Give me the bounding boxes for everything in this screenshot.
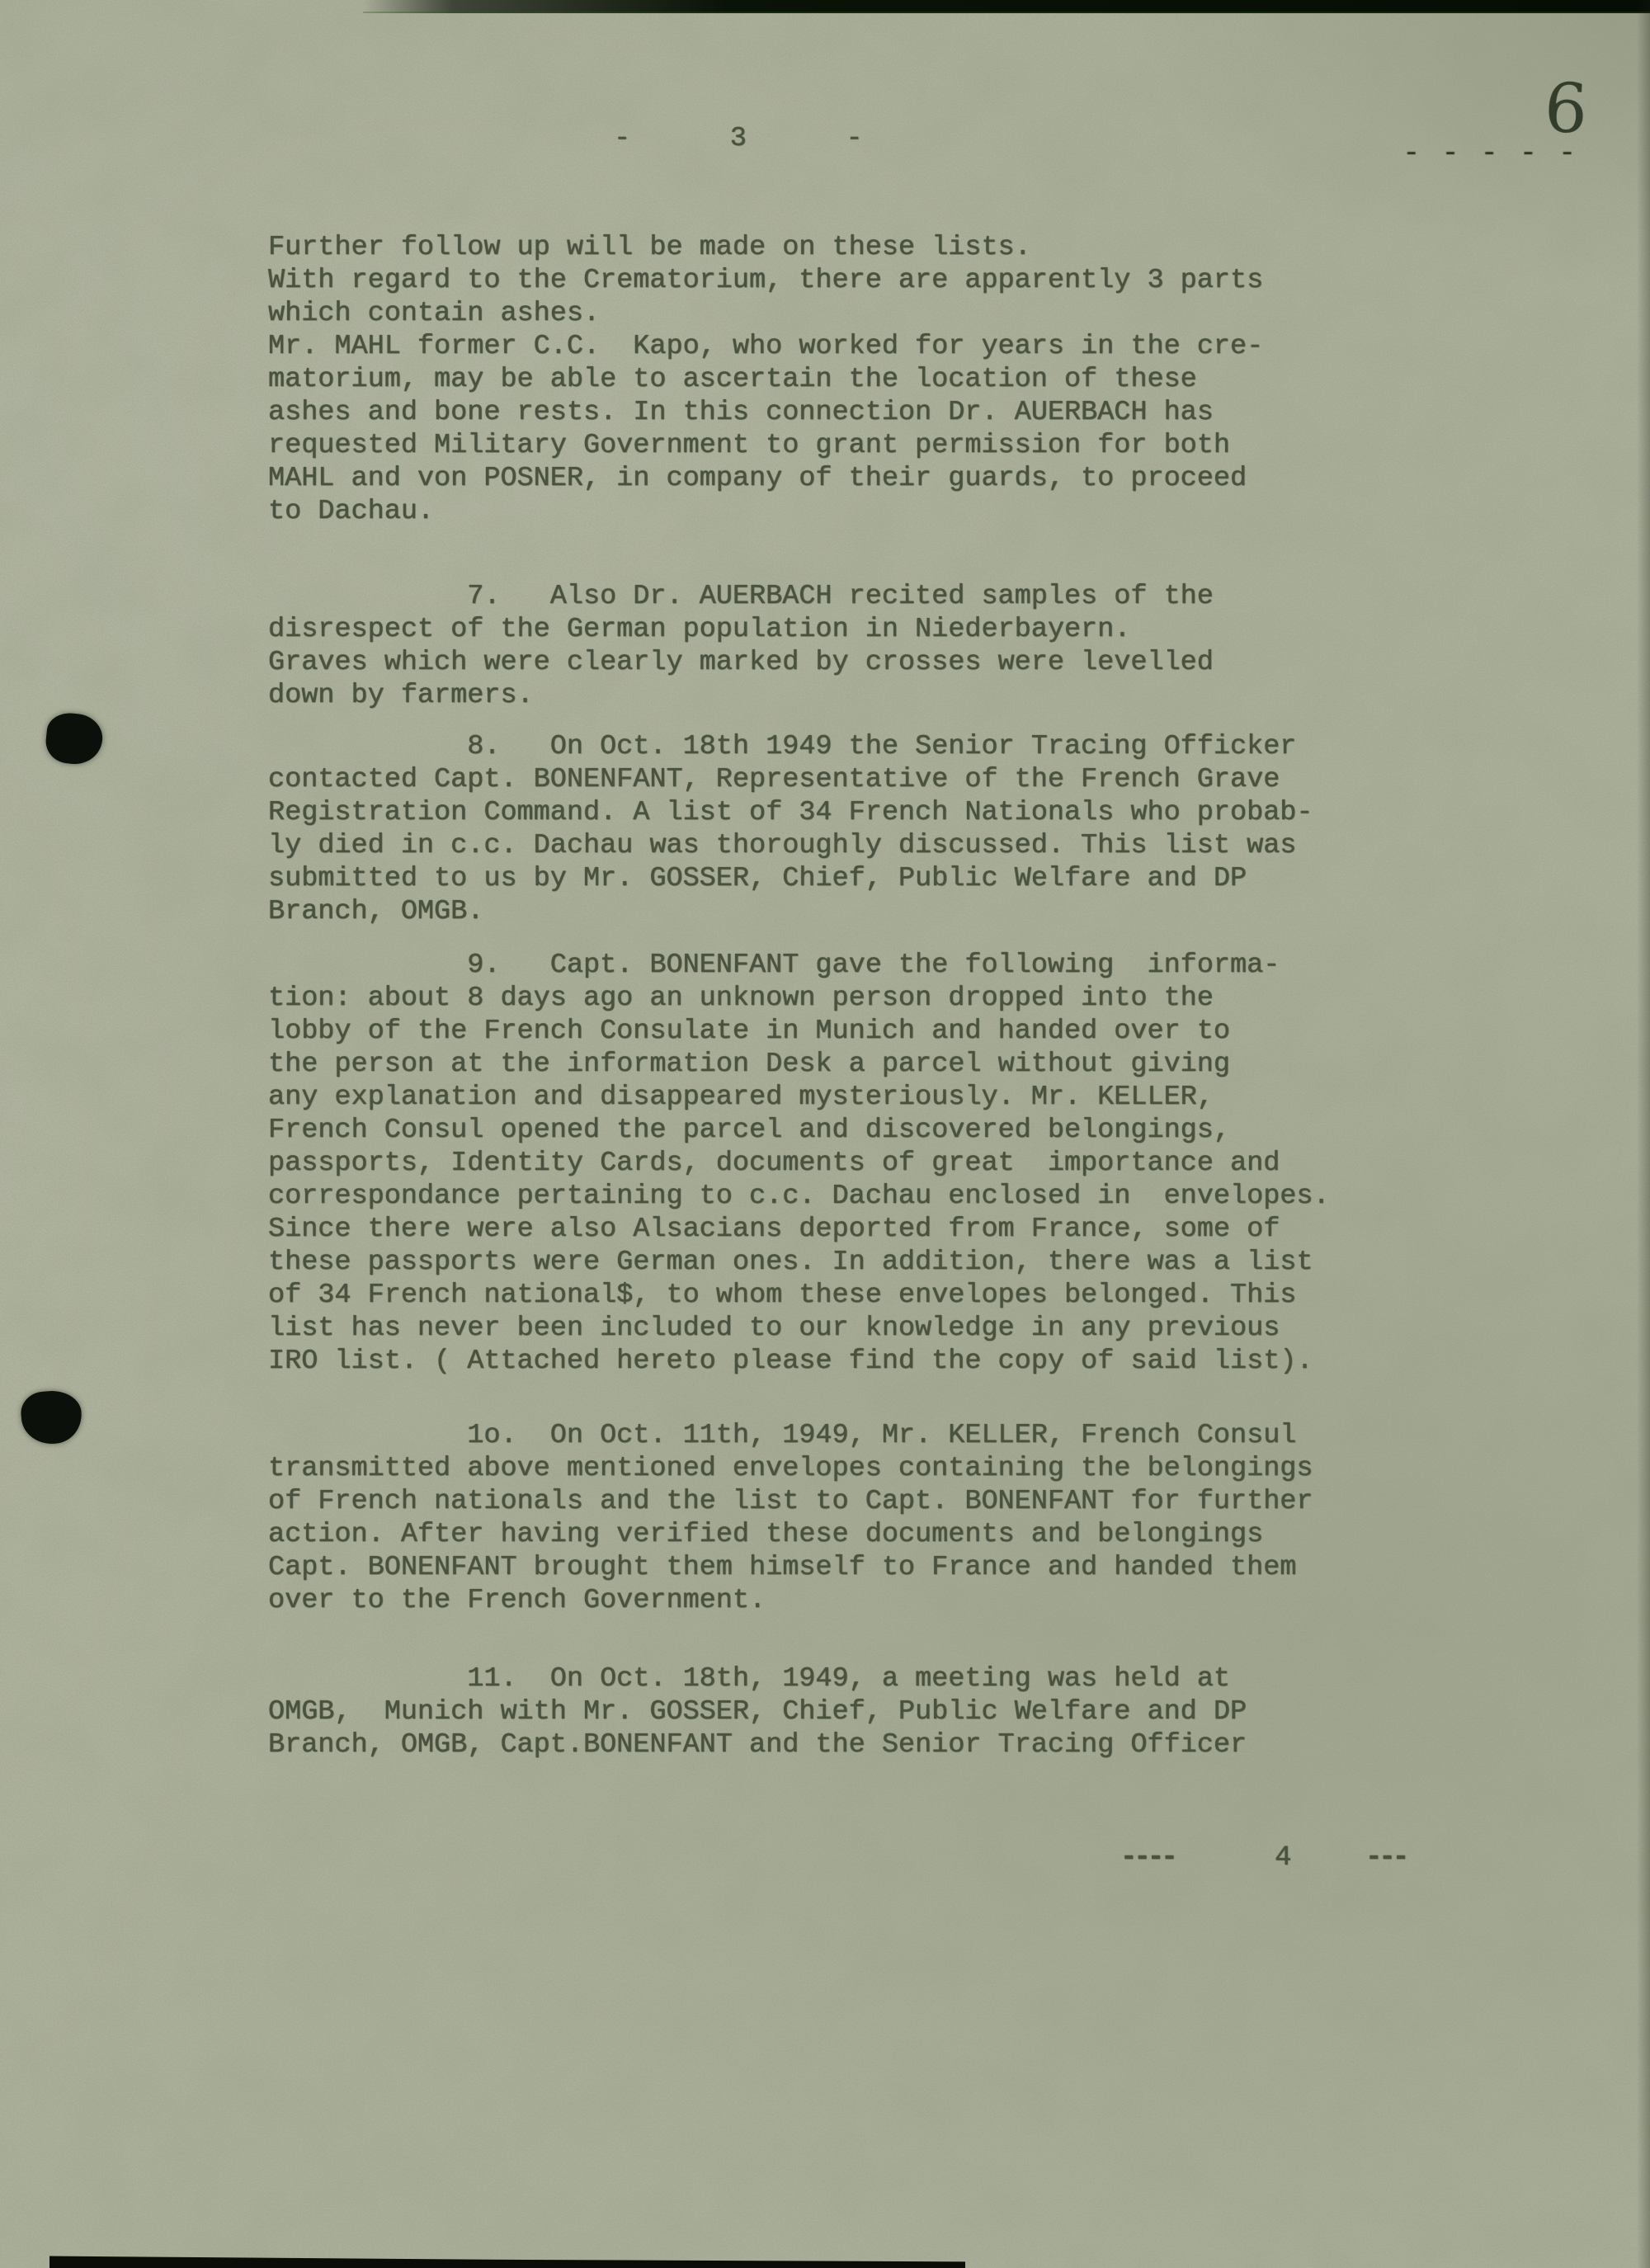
paragraph-7: 7. Also Dr. AUERBACH recited samples of … xyxy=(268,580,1423,712)
document-body: Further follow up will be made on these … xyxy=(268,231,1423,1761)
footer-left-dashes: ---- xyxy=(1120,1841,1175,1874)
punch-hole-bottom xyxy=(19,1389,83,1446)
scan-edge-artifact-bottom xyxy=(49,2254,965,2268)
paragraph-9: 9. Capt. BONENFANT gave the following in… xyxy=(268,949,1423,1378)
paragraph-11: 11. On Oct. 18th, 1949, a meeting was he… xyxy=(268,1662,1423,1761)
document-page: - 3 - 6 - - - - - Further follow up will… xyxy=(0,0,1650,2268)
footer-page-number: 4 xyxy=(1275,1841,1291,1874)
footer-page-number-row: ---- 4 --- xyxy=(0,1841,1650,1878)
paragraph-10: 1o. On Oct. 11th, 1949, Mr. KELLER, Fren… xyxy=(268,1419,1423,1617)
scan-edge-artifact-top xyxy=(363,0,1650,13)
handwritten-page-number: 6 xyxy=(1543,75,1589,145)
typed-page-number-header: - 3 - xyxy=(614,122,863,155)
paragraph-intro: Further follow up will be made on these … xyxy=(268,231,1423,528)
handwritten-underline-dashes: - - - - - xyxy=(1402,139,1577,168)
scan-edge-shadow-right xyxy=(1637,0,1650,2268)
punch-hole-top xyxy=(44,711,105,767)
paragraph-8: 8. On Oct. 18th 1949 the Senior Tracing … xyxy=(268,730,1423,928)
footer-right-dashes: --- xyxy=(1365,1841,1406,1874)
